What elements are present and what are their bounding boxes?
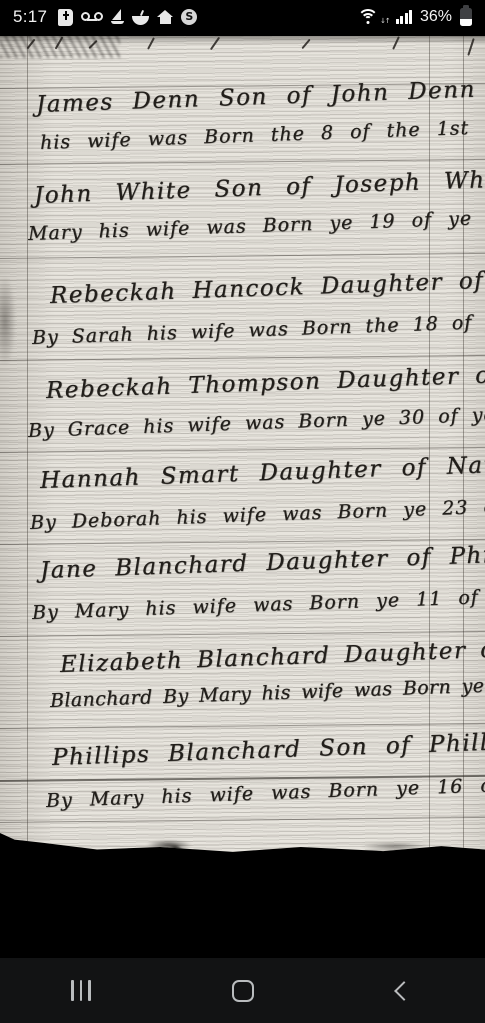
record-line: James Denn Son of John Denn By Eliza [36,72,485,118]
record-line: By Deborah his wife was Born ye 23 of ye… [30,489,485,534]
ruled-line [0,253,485,260]
home-icon [232,980,254,1002]
bible-book-icon [58,9,73,26]
ink-stroke [467,38,475,56]
voicemail-bar [87,19,97,21]
ink-blot [360,842,430,851]
recents-icon [71,980,91,1001]
record-line: Hannah Smart Daughter of Nathan Sma [40,448,485,494]
clock-time: 5:17 [13,7,47,27]
record-line: By Mary his wife was Born ye 11 of ye 3 … [32,581,485,624]
signal-bar [400,16,403,24]
ink-stroke [210,37,220,51]
ink-stroke [147,37,155,50]
home-button[interactable] [162,958,324,1023]
ink-blot [168,846,182,856]
ink-stroke [301,39,310,50]
bowl-icon [132,10,149,25]
battery-fill [460,19,472,26]
s-badge-icon: S [181,9,197,25]
wifi-icon [357,9,378,25]
signal-bar [396,19,399,24]
ink-blot [146,840,192,850]
record-line: Rebeckah Hancock Daughter of William Han… [50,261,485,309]
android-nav-bar [0,958,485,1023]
record-line: John White Son of Joseph White By [34,164,485,209]
voicemail-icon [81,12,103,22]
ruled-line [0,355,485,362]
margin-rule-left [27,36,28,856]
document-viewer[interactable]: James Denn Son of John Denn By Eliza his… [0,34,485,958]
record-line: Elizabeth Blanchard Daughter of Phillip [60,633,485,678]
ink-stroke [392,36,400,50]
wifi-dot [366,21,369,24]
recents-button[interactable] [0,958,162,1023]
status-bar-right: ↓↑ 36% [357,8,472,26]
battery-percent: 36% [420,8,452,26]
battery-icon [460,8,472,26]
record-line: Phillips Blanchard Son of Phillips Blan [52,726,485,771]
back-button[interactable] [323,958,485,1023]
record-line: Mary his wife was Born ye 19 of ye 3 mo:… [28,203,485,245]
status-bar-left: 5:17 S [13,7,197,27]
ruled-line [0,159,485,166]
corner-smudge [0,36,120,58]
record-line: By Sarah his wife was Born the 18 of ye … [32,305,485,349]
signal-bar [405,13,408,24]
record-line: his wife was Born the 8 of the 1st mo: 1… [40,113,485,154]
sailboat-icon [111,9,124,25]
ruled-line [0,447,485,454]
record-line: Rebeckah Thompson Daughter of Andrew Tho… [46,354,485,404]
ruled-line [0,723,485,730]
record-line: By Grace his wife was Born ye 30 of ye 1… [28,398,485,442]
cellular-signal-icon [396,10,412,24]
back-chevron-icon [394,981,414,1001]
record-line: By Mary his wife was Born ye 16 of ye 12… [46,768,485,812]
margin-smudge [0,276,16,366]
ruled-line [0,817,485,824]
signal-bar [409,10,412,24]
home-app-icon [157,10,173,25]
ruled-line [0,631,485,638]
status-bar[interactable]: 5:17 S ↓↑ 36% [0,0,485,34]
wifi-transfer-arrows-icon: ↓↑ [380,17,390,25]
manuscript-page: James Denn Son of John Denn By Eliza his… [0,36,485,856]
